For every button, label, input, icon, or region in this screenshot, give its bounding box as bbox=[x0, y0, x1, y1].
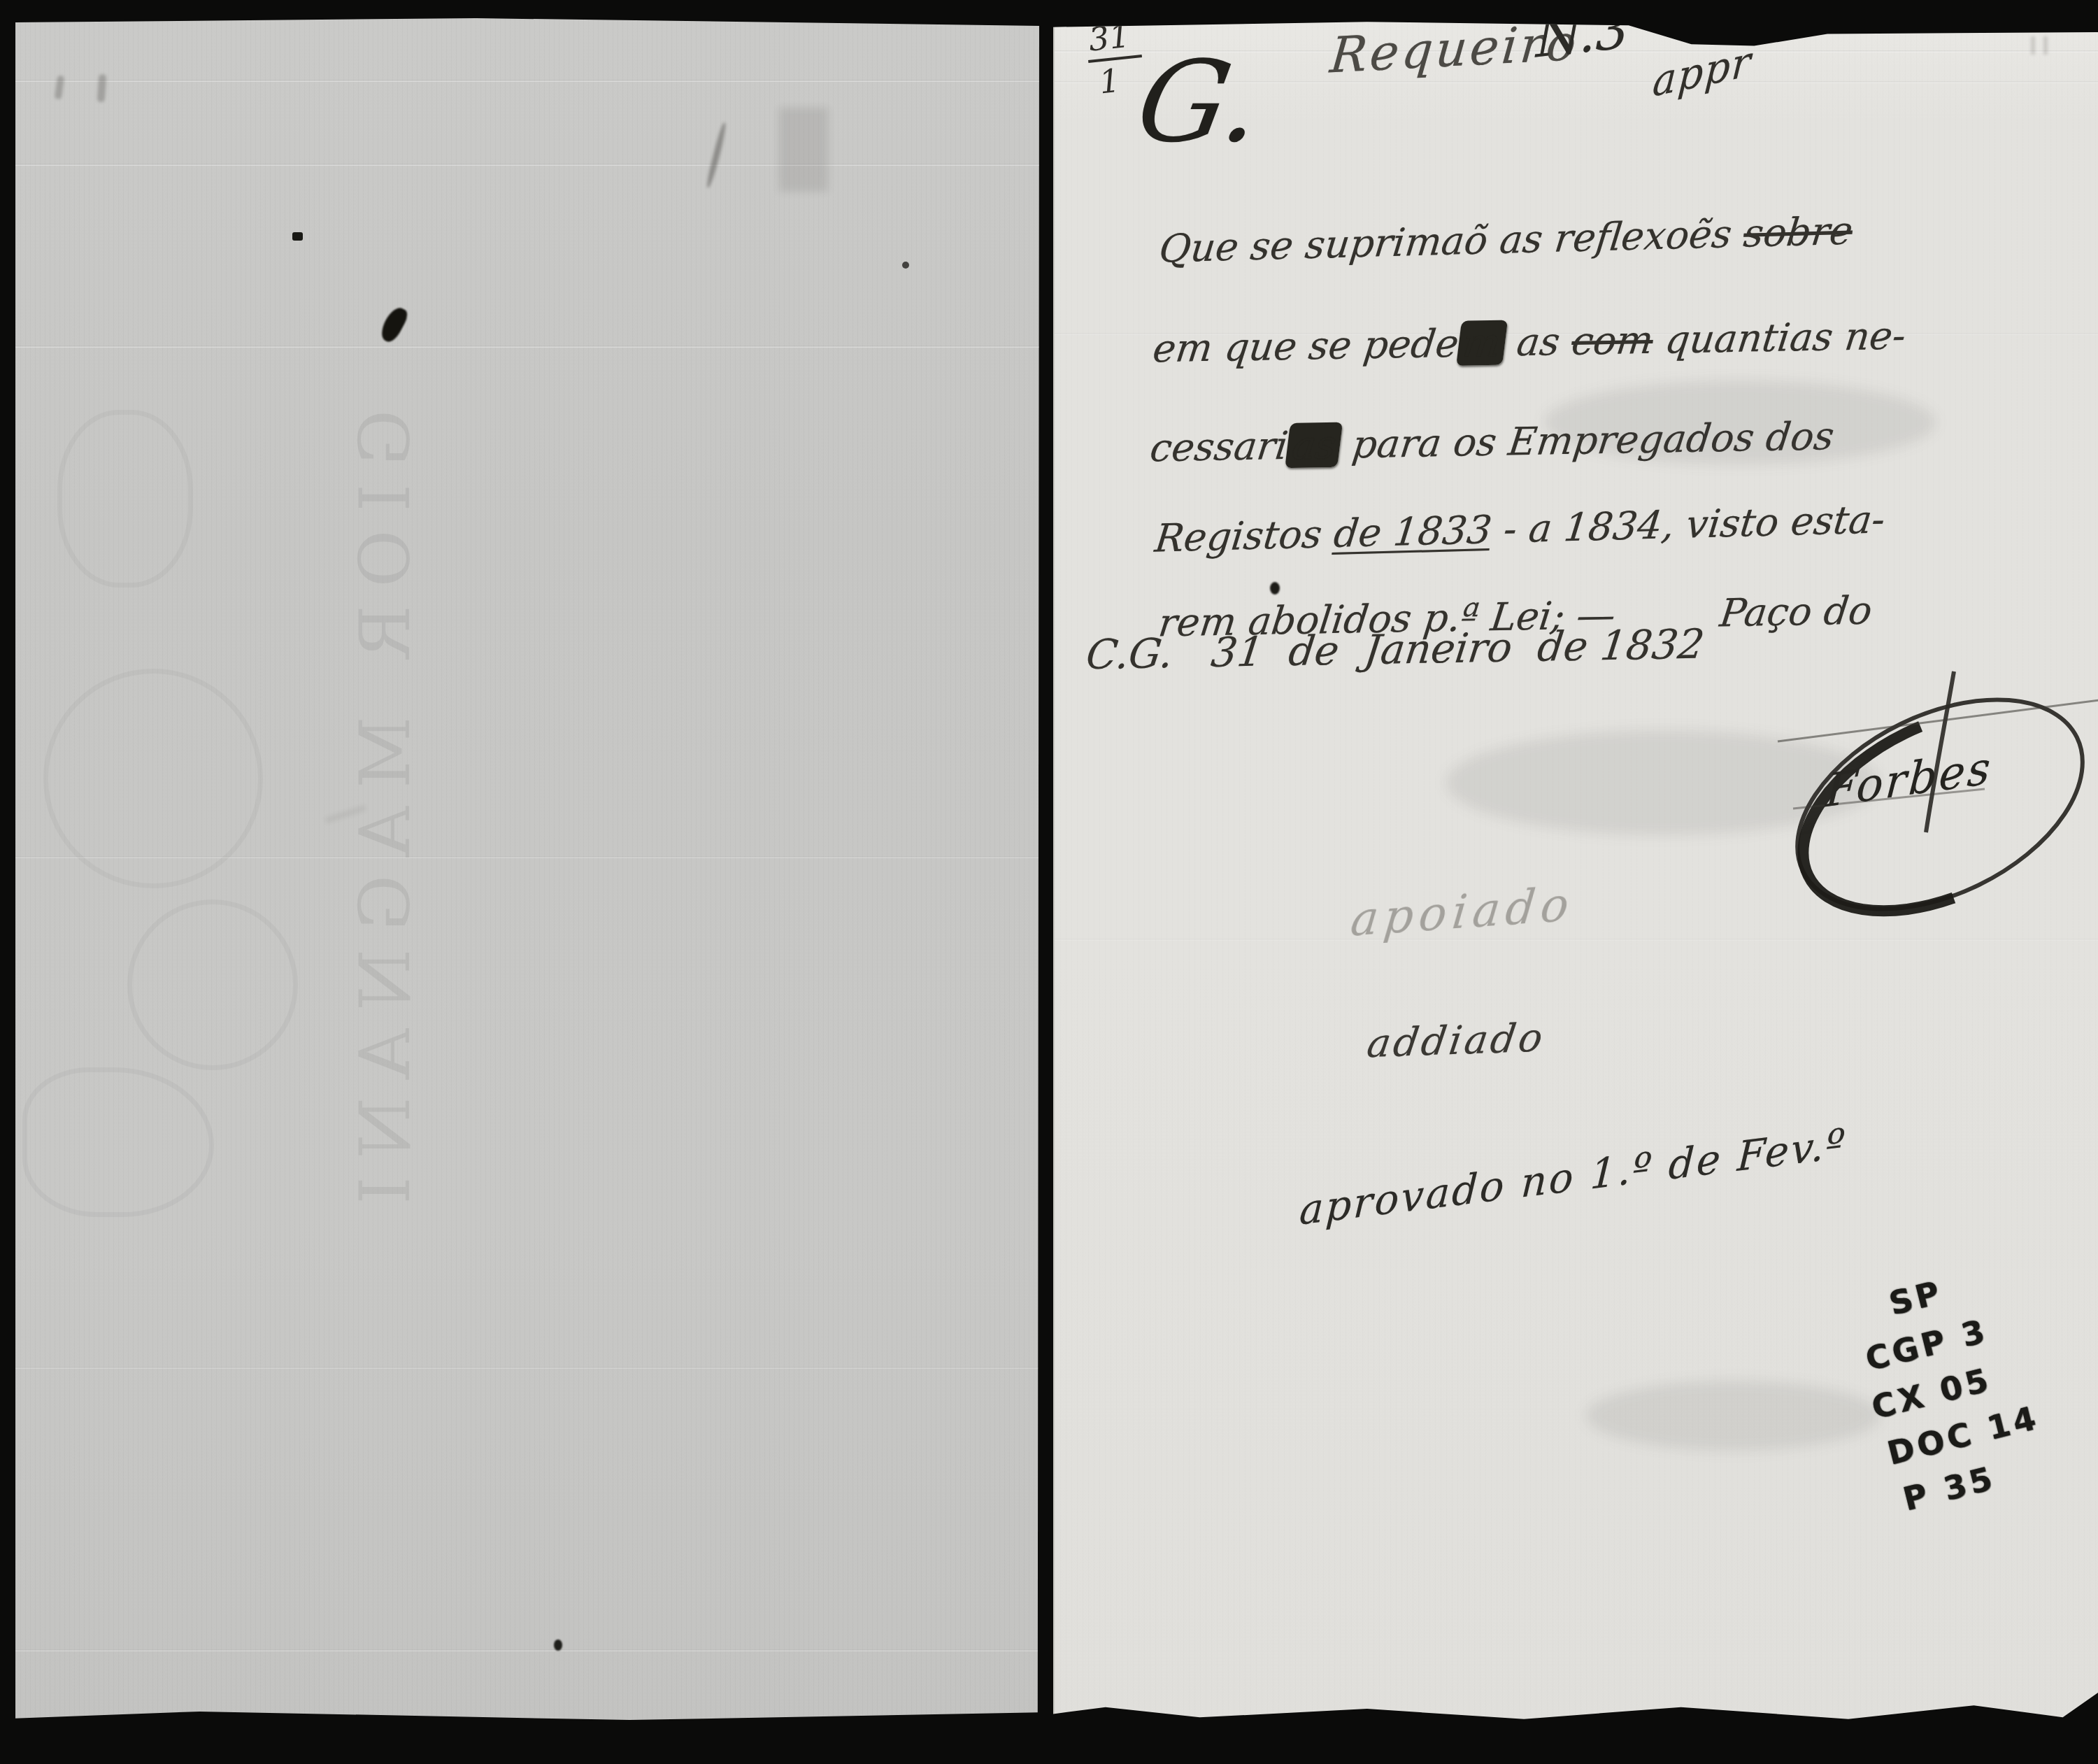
body-line3-blot: as bbox=[1285, 422, 1343, 468]
ink-blot bbox=[377, 304, 410, 345]
body-line2-text: em que se pede bbox=[1150, 321, 1461, 371]
ink-smudge bbox=[779, 108, 828, 192]
crease-line bbox=[15, 346, 1039, 348]
archive-stamp: SP CGP 3 CX 05 DOC 14 P 35 bbox=[1853, 1253, 2055, 1523]
body-line1-struck: sobre bbox=[1741, 208, 1855, 256]
body-line2-struck: com bbox=[1569, 318, 1656, 364]
body-line2-text: as bbox=[1502, 319, 1575, 365]
folio-denominator: 1 bbox=[1073, 59, 1146, 104]
right-page: 31 1 Requeiro N.3 G. appr Que se suprima… bbox=[1053, 17, 2098, 1728]
body-line2-blot: m bbox=[1456, 320, 1508, 366]
ink-speck bbox=[1270, 582, 1280, 595]
body-line4-underlined: de 1833 bbox=[1332, 507, 1494, 556]
body-line5-text: Paço do bbox=[1718, 588, 1875, 636]
crease-line bbox=[15, 80, 1039, 82]
ink-speck bbox=[292, 232, 303, 241]
illuminated-initial: G. bbox=[1128, 36, 1272, 167]
ink-speck bbox=[97, 74, 107, 103]
crease-line bbox=[15, 164, 1039, 166]
watermark-ornament bbox=[43, 669, 263, 888]
ink-speck bbox=[55, 75, 65, 99]
manuscript-scan: GIOR MAGNANI 31 1 Requeiro N.3 bbox=[0, 0, 2098, 1764]
corner-mark bbox=[2031, 36, 2035, 55]
folio-fraction: 31 1 bbox=[1084, 15, 1146, 101]
body-line1-text: Que se suprimaõ as reflexoẽs bbox=[1157, 211, 1746, 271]
crease-line bbox=[15, 1367, 1039, 1369]
watermark-ornament bbox=[57, 410, 193, 588]
corner-mark bbox=[2043, 36, 2048, 55]
ink-smudge bbox=[706, 122, 728, 188]
watermark-ornament bbox=[22, 1067, 214, 1217]
approval-annotation: appr bbox=[1651, 36, 1753, 107]
pencil-note: apoiado bbox=[1348, 877, 1577, 947]
approved-note: aprovado no 1.º de Fev.º bbox=[1298, 1119, 1848, 1235]
body-line2-text: quantias ne- bbox=[1650, 313, 1908, 362]
bleed-through bbox=[1446, 730, 1880, 835]
ink-speck bbox=[902, 262, 909, 269]
crease-line bbox=[15, 1649, 1039, 1651]
watermark-text: GIOR MAGNANI bbox=[344, 410, 426, 1501]
ink-speck bbox=[554, 1639, 562, 1651]
folio-numerator: 31 bbox=[1084, 15, 1141, 63]
bleed-through bbox=[1544, 380, 1936, 464]
adjourned-note: addiado bbox=[1364, 1015, 1548, 1067]
bleed-through bbox=[1586, 1381, 1880, 1451]
left-page: GIOR MAGNANI bbox=[15, 18, 1039, 1723]
doc-number: N.3 bbox=[1536, 0, 1629, 69]
watermark-ornament bbox=[127, 899, 298, 1070]
body-line3-text: cessari bbox=[1148, 423, 1290, 471]
